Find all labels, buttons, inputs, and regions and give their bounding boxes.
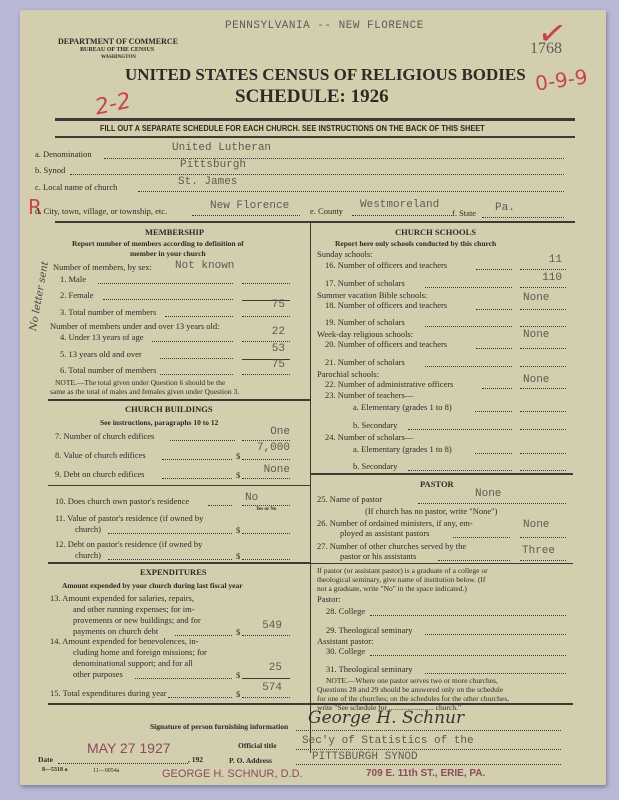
q6-label: 6. Total number of members [60, 365, 156, 375]
fill-line [296, 764, 561, 765]
answer-line [520, 366, 566, 367]
column-divider [310, 223, 311, 753]
membership-heading: MEMBERSHIP [145, 227, 204, 237]
q6-value: 75 [245, 359, 285, 371]
q13-label: and other running expenses; for im- [73, 604, 195, 614]
q21-label: 21. Number of scholars [325, 357, 405, 367]
dollar-sign: $ [236, 627, 240, 637]
fill-line [425, 634, 566, 635]
form-title: UNITED STATES CENSUS OF RELIGIOUS BODIES [125, 65, 526, 85]
instruction-banner: FILL OUT A SEPARATE SCHEDULE FOR EACH CH… [100, 124, 485, 133]
fill-line [370, 655, 566, 656]
bureau-label: BUREAU OF THE CENSUS [80, 47, 154, 53]
official-title-label: Official title [238, 741, 277, 750]
q27-label: pastor or his assistants [340, 551, 416, 561]
signature-line [296, 730, 561, 731]
schools-subheading: Report here only schools conducted by th… [335, 239, 496, 248]
fill-line [482, 217, 564, 218]
address-stamp: 709 E. 11th ST., ERIE, PA. [366, 768, 485, 779]
answer-line [242, 283, 290, 284]
q23-label: 23. Number of teachers— [325, 390, 413, 400]
fill-line [425, 326, 512, 327]
age-label: Number of members under and over 13 year… [50, 321, 219, 331]
answer-line [242, 440, 290, 441]
q20-label: 20. Number of officers and teachers [325, 339, 447, 349]
fill-line [408, 429, 512, 430]
answer-line [242, 374, 290, 375]
summer-schools-label: Summer vacation Bible schools: [317, 290, 427, 300]
q24a-label: a. Elementary (grades 1 to 8) [353, 444, 452, 454]
synod-label: b. Synod [35, 165, 65, 175]
answer-line [520, 560, 566, 561]
fill-line [475, 453, 512, 454]
answer-line [520, 411, 566, 412]
fill-line [162, 459, 232, 460]
q13-label: payments on church debt [73, 626, 158, 636]
by-sex-value: Not known [175, 260, 234, 272]
fill-line [98, 283, 233, 284]
q13-label: 13. Amount expended for salaries, repair… [50, 593, 194, 603]
fill-line [425, 673, 566, 674]
q14-label: other purposes [73, 669, 123, 679]
fill-line [476, 269, 512, 270]
dollar-sign: $ [236, 451, 240, 461]
divider [48, 703, 573, 705]
date-label: Date [38, 755, 53, 764]
pastor-note: Questions 28 and 29 should be answered o… [317, 685, 503, 694]
q5-value: 53 [245, 343, 285, 355]
fill-line [476, 309, 512, 310]
pastor-note: NOTE.—Where one pastor serves two or mor… [326, 676, 498, 685]
department-label: DEPARTMENT OF COMMERCE [58, 37, 178, 46]
pencil-margin-note: No letter sent [28, 261, 51, 332]
pastor-heading: PASTOR [420, 479, 454, 489]
answer-line [242, 505, 290, 506]
weekday-schools-label: Week-day religious schools: [317, 329, 413, 339]
answer-line [520, 269, 566, 270]
parochial-schools-label: Parochial schools: [317, 369, 379, 379]
form-code: 11—9054a [93, 768, 119, 774]
q17-label: 17. Number of scholars [325, 278, 405, 288]
city-label: WASHINGTON [101, 55, 136, 60]
fill-line [475, 411, 512, 412]
answer-line [242, 678, 290, 679]
fill-line [168, 697, 232, 698]
q12-label-cont: church) [75, 550, 101, 560]
q10-value: No [245, 492, 258, 504]
q15-value: 574 [242, 682, 282, 694]
q31-label: 31. Theological seminary [326, 664, 412, 674]
q14-label: cluding home and foreign missions; for [73, 647, 207, 657]
po-address-value: PITTSBURGH SYNOD [312, 751, 418, 763]
fill-line [162, 478, 232, 479]
divider [55, 221, 575, 223]
q24-label: 24. Number of scholars— [325, 432, 413, 442]
q14-value: 25 [242, 662, 282, 674]
answer-line [520, 309, 566, 310]
yes-no-hint: Yes or No [256, 507, 276, 512]
q4-label: 4. Under 13 years of age [60, 332, 144, 342]
q7-value: One [242, 426, 290, 438]
q17-value: 110 [520, 272, 562, 284]
q25-value: None [475, 488, 501, 500]
q15-label: 15. Total expenditures during year [50, 688, 167, 698]
pastor-note: for one of the churches; on the schedule… [317, 694, 509, 703]
q5-label: 5. 13 years old and over [60, 349, 142, 359]
expenditures-subheading: Amount expended by your church during la… [62, 581, 243, 590]
county-label: e. County [310, 206, 343, 216]
membership-note: NOTE.—The total given under Question 6 s… [55, 378, 225, 387]
answer-line [242, 478, 290, 479]
expenditures-heading: EXPENDITURES [140, 567, 207, 577]
q3-label: 3. Total number of members [60, 307, 156, 317]
divider [48, 399, 310, 401]
q1-label: 1. Male [60, 274, 86, 284]
answer-line [520, 537, 566, 538]
fill-line [438, 560, 510, 561]
fill-line [165, 316, 233, 317]
fill-line [476, 348, 512, 349]
membership-note: same as the total of males and females g… [50, 387, 239, 396]
q8-value: 7,000 [242, 442, 290, 454]
county-value: Westmoreland [360, 199, 439, 211]
fill-line [160, 358, 233, 359]
by-sex-label: Number of members, by sex: [53, 262, 152, 272]
graduate-note: theological seminary, give name of insti… [317, 575, 485, 584]
divider [55, 118, 575, 121]
city-label: d. City, town, village, or township, etc… [35, 206, 167, 216]
signature: George H. Schnur [308, 708, 464, 728]
fill-line [425, 366, 512, 367]
local-name-value: St. James [178, 176, 237, 188]
q22-value: None [523, 374, 549, 386]
denomination-label: a. Denomination [35, 149, 92, 159]
fill-line [138, 191, 564, 192]
divider [310, 473, 573, 475]
buildings-subheading: See instructions, paragraphs 10 to 12 [100, 418, 218, 427]
name-stamp: GEORGE H. SCHNUR, D.D. [162, 768, 303, 780]
membership-subheading: Report number of members according to de… [72, 239, 244, 248]
fill-line [103, 299, 233, 300]
q11-label: 11. Value of pastor's residence (if owne… [55, 513, 203, 523]
schools-heading: CHURCH SCHOOLS [395, 227, 476, 237]
answer-line [242, 316, 290, 317]
fill-line [135, 678, 232, 679]
graduate-note: not a graduate, write "No" in the space … [317, 584, 467, 593]
fill-line [482, 388, 512, 389]
fill-line [370, 615, 566, 616]
denomination-value: United Lutheran [172, 142, 271, 154]
dollar-sign: $ [236, 470, 240, 480]
answer-line [520, 470, 566, 471]
q22-label: 22. Number of administrative officers [325, 379, 454, 389]
q25-hint: (If church has no pastor, write "None") [365, 506, 497, 516]
answer-line [242, 341, 290, 342]
official-title-value: Sec'y of Statistics of the [302, 735, 474, 747]
fill-line [152, 341, 233, 342]
q18-label: 18. Number of officers and teachers [325, 300, 447, 310]
red-checkmark-icon: ✓ [535, 12, 570, 56]
answer-line [242, 559, 290, 560]
fill-line [418, 503, 566, 504]
divider [55, 136, 575, 138]
fill-line [408, 470, 512, 471]
date-suffix: , 192 [188, 755, 203, 764]
fill-line [70, 174, 564, 175]
answer-line [520, 453, 566, 454]
q16-label: 16. Number of officers and teachers [325, 260, 447, 270]
fill-line [104, 158, 564, 159]
red-annotation-2-2: 2-2 [93, 89, 133, 121]
q13-value: 549 [242, 620, 282, 632]
synod-value: Pittsburgh [180, 159, 246, 171]
answer-line [242, 635, 290, 636]
location-header: PENNSYLVANIA -- NEW FLORENCE [225, 20, 424, 32]
q12-label: 12. Debt on pastor's residence (if owned… [55, 539, 202, 549]
fill-line [453, 537, 510, 538]
answer-line [242, 697, 290, 698]
dollar-sign: $ [236, 525, 240, 535]
dollar-sign: $ [236, 670, 240, 680]
date-line [58, 763, 188, 764]
q27-label: 27. Number of other churches served by t… [317, 541, 466, 551]
city-value: New Florence [210, 200, 289, 212]
form-code: 8—5318 a [42, 767, 68, 773]
answer-line [520, 429, 566, 430]
sunday-schools-label: Sunday schools: [317, 249, 373, 259]
census-form-sheet: PENNSYLVANIA -- NEW FLORENCE DEPARTMENT … [20, 10, 606, 785]
q25-label: 25. Name of pastor [317, 494, 382, 504]
q18-value: None [523, 292, 549, 304]
q23b-label: b. Secondary [353, 420, 397, 430]
state-value: Pa. [495, 202, 515, 214]
q14-label: 14. Amount expended for benevolences, in… [50, 636, 198, 646]
q20-value: None [523, 329, 549, 341]
q11-label-cont: church) [75, 524, 101, 534]
q27-value: Three [522, 545, 555, 557]
q19-label: 19. Number of scholars [325, 317, 405, 327]
q26-label: 26. Number of ordained ministers, if any… [317, 518, 473, 528]
fill-line [108, 533, 232, 534]
fill-line [208, 505, 232, 506]
answer-line [520, 287, 566, 288]
divider [48, 562, 310, 564]
q28-label: 28. College [326, 606, 365, 616]
dollar-sign: $ [236, 551, 240, 561]
po-address-label: P. O. Address [229, 756, 272, 765]
answer-line [242, 459, 290, 460]
fill-line [425, 287, 512, 288]
signature-label: Signature of person furnishing informati… [150, 722, 288, 731]
fill-line [352, 215, 452, 216]
answer-line [520, 326, 566, 327]
q2-label: 2. Female [60, 290, 94, 300]
fill-line [192, 215, 300, 216]
q26-label: ployed as assistant pastors [340, 528, 429, 538]
q10-label: 10. Does church own pastor's residence [55, 496, 189, 506]
red-annotation-099: 0-9-9 [534, 64, 589, 95]
q30-label: 30. College [326, 646, 365, 656]
answer-line [242, 533, 290, 534]
dollar-sign: $ [236, 689, 240, 699]
membership-subheading: member in your church [130, 249, 206, 258]
fill-line [108, 559, 232, 560]
q9-value: None [242, 464, 290, 476]
q3-value: 75 [245, 299, 285, 311]
q23a-label: a. Elementary (grades 1 to 8) [353, 402, 452, 412]
q9-label: 9. Debt on church edifices [55, 469, 144, 479]
date-stamp: MAY 27 1927 [87, 740, 171, 756]
q7-label: 7. Number of church edifices [55, 431, 154, 441]
q14-label: denominational support; and for all [73, 658, 193, 668]
q26-value: None [523, 519, 549, 531]
q8-label: 8. Value of church edifices [55, 450, 146, 460]
state-label: f. State [452, 208, 476, 218]
q16-value: 11 [520, 254, 562, 266]
pastor-sub-label: Pastor: [317, 594, 341, 604]
divider [310, 563, 573, 564]
fill-line [160, 374, 233, 375]
assistant-pastor-label: Assistant pastor: [317, 636, 373, 646]
answer-line [520, 348, 566, 349]
buildings-heading: CHURCH BUILDINGS [125, 404, 213, 414]
fill-line [170, 440, 235, 441]
schedule-title: SCHEDULE: 1926 [235, 86, 389, 108]
q4-value: 22 [245, 326, 285, 338]
answer-line [520, 388, 566, 389]
local-name-label: c. Local name of church [35, 182, 117, 192]
divider [48, 485, 310, 486]
q13-label: provements or new buildings; and for [73, 615, 201, 625]
graduate-note: If pastor (or assistant pastor) is a gra… [317, 566, 488, 575]
q29-label: 29. Theological seminary [326, 625, 412, 635]
fill-line [296, 749, 561, 750]
q24b-label: b. Secondary [353, 461, 397, 471]
